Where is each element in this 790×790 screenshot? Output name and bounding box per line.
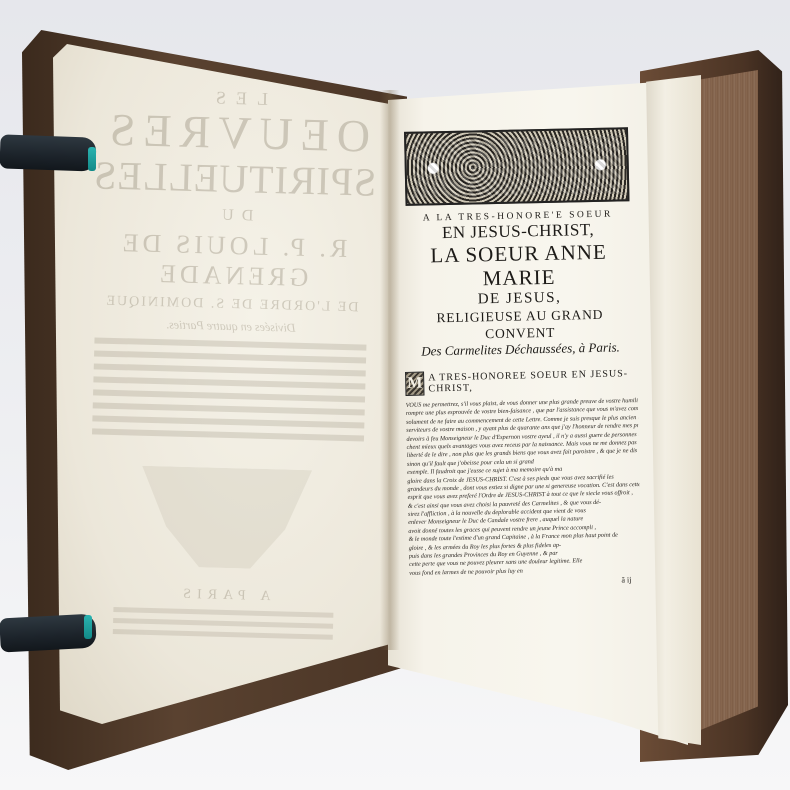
ghost-vignette-ornament [140,466,313,570]
ghost-imprint: A PARIS [74,584,374,608]
ghost-author: R. P. LOUIS DE GRENADE [82,227,383,295]
book-clamp-top [0,134,97,171]
ghost-order: DE L'ORDRE DE S. DOMINIQUE [81,293,381,317]
ghost-du: DU [84,203,384,229]
book-clamp-bottom [0,614,97,653]
dedication-line-3: LA SOEUR ANNE MARIE [402,239,635,292]
ghost-text-lines [78,337,380,442]
salutation: M A TRES-HONOREE SOEUR EN JESUS-CHRIST, [405,367,637,396]
woodcut-headpiece-ornament [404,127,630,206]
decorated-drop-cap: M [405,372,425,396]
ghost-divided: Divisées en quatre Parties. [81,315,381,338]
ghost-spirituelles: SPIRITUELLES [84,153,385,205]
left-page-show-through: LES OEUVRES SPIRITUELLES DU R. P. LOUIS … [73,76,388,644]
clamp-tip-bottom [84,615,92,639]
dedication-body-text: VOUS me permettrez, s'il vous plaist, de… [406,397,642,578]
dedication-page-content: A LA TRES-HONORE'E SOEUR EN JESUS-CHRIST… [400,127,642,589]
salutation-text: A TRES-HONOREE SOEUR EN JESUS-CHRIST, [428,368,637,394]
dedication-line-6: Des Carmelites Déchaussées, à Paris. [404,339,636,360]
ghost-imprint-lines [73,606,374,641]
clamp-tip-top [88,147,96,171]
dedication-line-5: RELIGIEUSE AU GRAND CONVENT [404,305,637,344]
